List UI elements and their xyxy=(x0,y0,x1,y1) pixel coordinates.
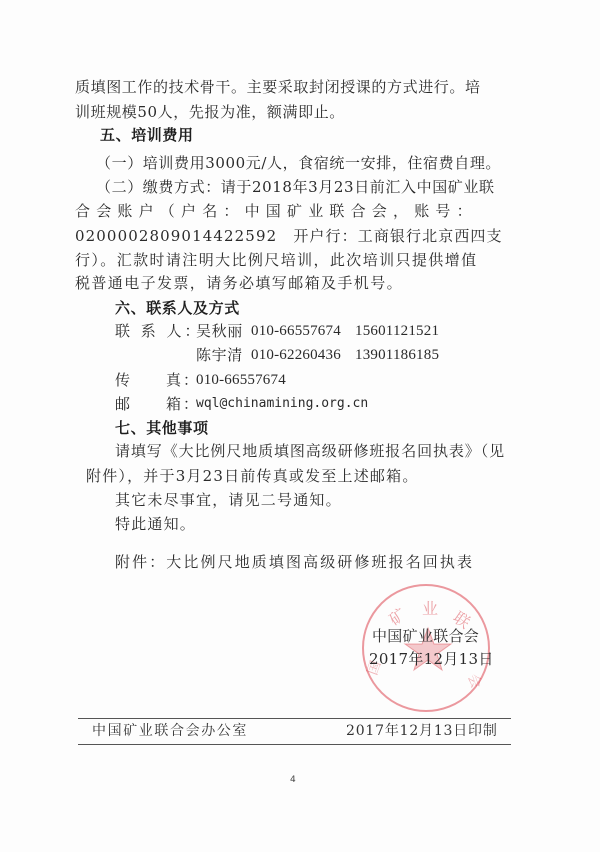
email-address[interactable]: wql@chinamining.org.cn xyxy=(196,394,368,414)
fee-item-2-line: 行）。汇款时请注明大比例尺培训，此次培训只提供增值 xyxy=(75,250,478,270)
attachment-note: 附件：大比例尺地质填图高级研修班报名回执表 xyxy=(115,552,474,572)
footer-print-date: 2017年12月13日印制 xyxy=(346,722,498,740)
signature-org: 中国矿业联合会 xyxy=(372,626,479,646)
paragraph-line: 请填写《大比例尺地质填图高级研修班报名回执表》（见 xyxy=(115,441,505,461)
contact-mobile: 15601121521 xyxy=(355,321,439,341)
paragraph-line: 质填图工作的技术骨干。主要采取封闭授课的方式进行。培 xyxy=(75,77,481,97)
official-seal: 矿 业 联 国 会 xyxy=(362,584,490,712)
contact-name: 陈宇清 xyxy=(196,345,243,365)
contact-name: 吴秋丽 xyxy=(196,321,243,341)
contacts-label: 联 系 人： xyxy=(115,321,203,341)
fee-item-2-line: 合会账户（户名：中国矿业联合会，账号： xyxy=(75,201,478,221)
footer-rule-bottom xyxy=(78,744,511,745)
svg-text:业: 业 xyxy=(422,599,438,618)
fee-item-2-line: 0200002809014422592 开户行：工商银行北京西四支 xyxy=(75,226,503,246)
contact-phone: 010-66557674 xyxy=(251,321,341,341)
svg-text:会: 会 xyxy=(464,672,484,691)
paragraph-line: 训班规模50人，先报为准，额满即止。 xyxy=(75,102,345,122)
signature-date: 2017年12月13日 xyxy=(369,649,494,669)
footer-rule-top xyxy=(78,718,511,719)
paragraph-line: 其它未尽事宜，请见二号通知。 xyxy=(115,490,342,510)
fax-number: 010-66557674 xyxy=(196,370,286,390)
section-heading-contacts: 六、联系人及方式 xyxy=(115,298,240,318)
email-label: 邮 箱： xyxy=(115,394,200,414)
paragraph-line: 特此通知。 xyxy=(115,514,196,534)
paragraph-line: 附件），并于3月23日前传真或发至上述邮箱。 xyxy=(86,466,419,486)
section-heading-other: 七、其他事项 xyxy=(115,418,209,438)
footer-office: 中国矿业联合会办公室 xyxy=(92,722,248,740)
fee-item-2-line: 税普通电子发票，请务必填写邮箱及手机号。 xyxy=(75,273,403,293)
fee-item-2-line: （二）缴费方式：请于2018年3月23日前汇入中国矿业联 xyxy=(96,177,495,197)
fax-label: 传 真： xyxy=(115,370,200,390)
contact-mobile: 13901186185 xyxy=(355,345,439,365)
fee-item-1: （一）培训费用3000元/人，食宿统一安排，住宿费自理。 xyxy=(96,153,501,173)
page-number: 4 xyxy=(290,775,296,785)
section-heading-fees: 五、培训费用 xyxy=(100,125,194,145)
contact-phone: 010-62260436 xyxy=(251,345,341,365)
